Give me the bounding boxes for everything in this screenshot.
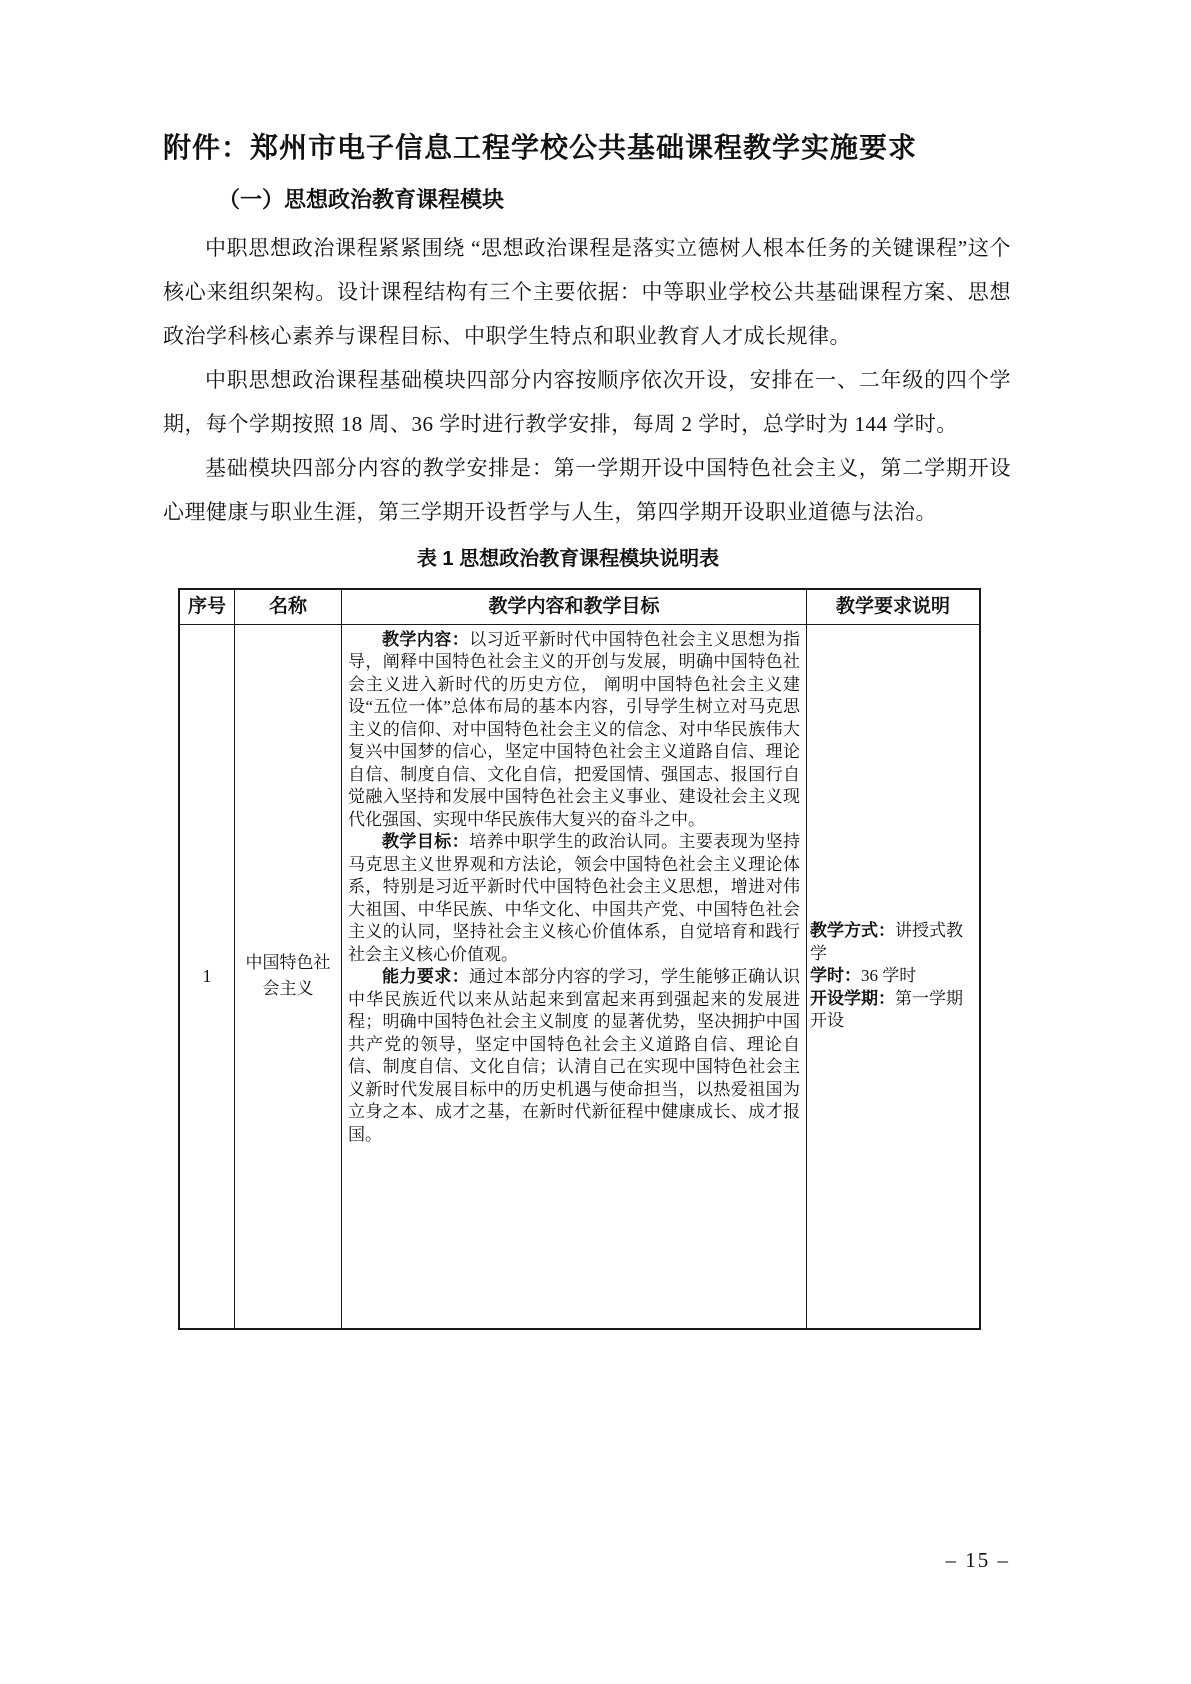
table-row: 1 中国特色社会主义 教学内容：以习近平新时代中国特色社会主义思想为指导，阐释中… (179, 624, 980, 1329)
header-cell-requirements: 教学要求说明 (807, 589, 981, 624)
ability-requirement-label: 能力要求： (382, 967, 469, 986)
course-name-cell: 中国特色社会主义 (235, 624, 342, 1329)
class-hours-text: 36 学时 (861, 966, 916, 985)
table-header-row: 序号 名称 教学内容和教学目标 教学要求说明 (179, 589, 980, 624)
table-body: 1 中国特色社会主义 教学内容：以习近平新时代中国特色社会主义思想为指导，阐释中… (179, 624, 980, 1329)
ability-requirement-text: 通过本部分内容的学习，学生能够正确认识中华民族近代以来从站起来到富起来再到强起来… (348, 967, 800, 1144)
content-goals-cell: 教学内容：以习近平新时代中国特色社会主义思想为指导，阐释中国特色社会主义的开创与… (342, 624, 807, 1329)
teaching-goal-label: 教学目标： (382, 832, 469, 851)
teaching-content-text: 以习近平新时代中国特色社会主义思想为指导，阐释中国特色社会主义的开创与发展，明确… (348, 630, 800, 829)
section-heading: （一）思想政治教育课程模块 (163, 184, 1011, 216)
header-cell-content-goals: 教学内容和教学目标 (342, 589, 807, 624)
paragraph: 基础模块四部分内容的教学安排是：第一学期开设中国特色社会主义，第二学期开设心理健… (163, 446, 1011, 534)
row-number-cell: 1 (179, 624, 235, 1329)
paragraph: 中职思想政治课程紧紧围绕 “思想政治课程是落实立德树人根本任务的关键课程”这个核… (163, 226, 1011, 358)
header-cell-no: 序号 (179, 589, 235, 624)
paragraph: 中职思想政治课程基础模块四部分内容按顺序依次开设，安排在一、二年级的四个学期，每… (163, 358, 1011, 446)
teaching-method-label: 教学方式： (810, 921, 895, 940)
page-content: 附件：郑州市电子信息工程学校公共基础课程教学实施要求 （一）思想政治教育课程模块… (163, 128, 1011, 1330)
course-module-table: 序号 名称 教学内容和教学目标 教学要求说明 1 中国特色社会主义 教学内容：以… (178, 588, 981, 1330)
document-page: 附件：郑州市电子信息工程学校公共基础课程教学实施要求 （一）思想政治教育课程模块… (0, 0, 1191, 1684)
requirements-cell: 教学方式：讲授式教学 学时：36 学时 开设学期：第一学期开设 (807, 624, 981, 1329)
semester-label: 开设学期： (810, 989, 895, 1008)
teaching-content-paragraph: 教学内容：以习近平新时代中国特色社会主义思想为指导，阐释中国特色社会主义的开创与… (348, 629, 800, 832)
class-hours-label: 学时： (810, 966, 861, 985)
table-header: 序号 名称 教学内容和教学目标 教学要求说明 (179, 589, 980, 624)
teaching-method-line: 教学方式：讲授式教学 (810, 920, 976, 965)
ability-requirement-paragraph: 能力要求：通过本部分内容的学习，学生能够正确认识中华民族近代以来从站起来到富起来… (348, 966, 800, 1146)
teaching-goal-paragraph: 教学目标：培养中职学生的政治认同。主要表现为坚持马克思主义世界观和方法论，领会中… (348, 831, 800, 966)
teaching-goal-text: 培养中职学生的政治认同。主要表现为坚持马克思主义世界观和方法论，领会中国特色社会… (348, 832, 800, 964)
table-title: 表 1 思想政治教育课程模块说明表 (178, 544, 958, 574)
teaching-content-label: 教学内容： (382, 630, 469, 649)
page-number: – 15 – (946, 1548, 1011, 1573)
header-cell-name: 名称 (235, 589, 342, 624)
body-paragraphs: 中职思想政治课程紧紧围绕 “思想政治课程是落实立德树人根本任务的关键课程”这个核… (163, 226, 1011, 534)
class-hours-line: 学时：36 学时 (810, 965, 976, 988)
semester-line: 开设学期：第一学期开设 (810, 988, 976, 1033)
document-title: 附件：郑州市电子信息工程学校公共基础课程教学实施要求 (163, 128, 1011, 168)
